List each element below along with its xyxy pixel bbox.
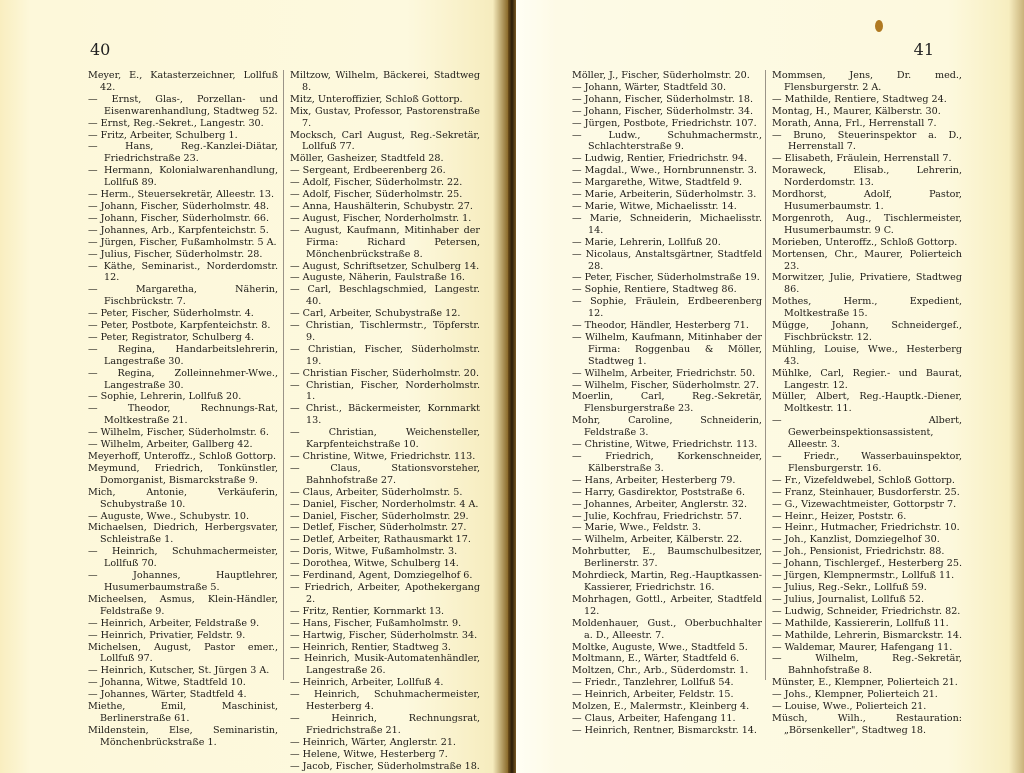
directory-entry: — Peter, Postbote, Karpfenteichstr. 8. bbox=[88, 320, 278, 332]
directory-entry: — Detlef, Fischer, Süderholmstr. 27. bbox=[290, 522, 480, 534]
directory-entry: — Christian, Fischer, Süderholmstr. 19. bbox=[290, 344, 480, 368]
directory-entry: — G., Vizewachtmeister, Gottorpstr 7. bbox=[772, 499, 962, 511]
directory-entry: — Nicolaus, Anstaltsgärtner, Stadtfeld 2… bbox=[572, 249, 762, 273]
directory-entry: — Theodor, Händler, Hesterberg 71. bbox=[572, 320, 762, 332]
directory-entry: — Daniel, Fischer, Norderholmstr. 4 A. bbox=[290, 499, 480, 511]
directory-entry: — Regina, Zolleinnehmer-Wwe., Langestraß… bbox=[88, 368, 278, 392]
directory-entry: — Marie, Schneiderin, Michaelisstr. 14. bbox=[572, 213, 762, 237]
directory-entry: Mitz, Unteroffizier, Schloß Gottorp. bbox=[290, 94, 480, 106]
directory-entry: — August, Kaufmann, Mitinhaber der Firma… bbox=[290, 225, 480, 261]
directory-entry: — Margaretha, Näherin, Fischbrückstr. 7. bbox=[88, 284, 278, 308]
directory-entry: — Elisabeth, Fräulein, Herrenstall 7. bbox=[772, 153, 962, 165]
directory-entry: — Johannes, Wärter, Stadtfeld 4. bbox=[88, 689, 278, 701]
directory-entry: — Adolf, Fischer, Süderholmstr. 25. bbox=[290, 189, 480, 201]
directory-entry: — Adolf, Fischer, Süderholmstr. 22. bbox=[290, 177, 480, 189]
directory-entry: — Hans, Arbeiter, Hesterberg 79. bbox=[572, 475, 762, 487]
directory-entry: — Mathilde, Rentiere, Stadtweg 24. bbox=[772, 94, 962, 106]
directory-entry: Meyerhoff, Unteroffz., Schloß Gottorp. bbox=[88, 451, 278, 463]
directory-entry: — Johann, Wärter, Stadtfeld 30. bbox=[572, 82, 762, 94]
directory-entry: — Johann, Fischer, Süderholmstr. 48. bbox=[88, 201, 278, 213]
book-gutter bbox=[508, 0, 516, 773]
left-page: 40 Meyer, E., Katasterzeichner, Lollfuß … bbox=[0, 0, 508, 773]
directory-entry: Morieben, Unteroffz., Schloß Gottorp. bbox=[772, 237, 962, 249]
ink-stain bbox=[875, 20, 883, 32]
directory-entry: — Julius, Reg.-Sekr., Lollfuß 59. bbox=[772, 582, 962, 594]
directory-entry: — Regina, Handarbeitslehrerin, Langestra… bbox=[88, 344, 278, 368]
directory-entry: Möller, Gasheizer, Stadtfeld 28. bbox=[290, 153, 480, 165]
directory-entry: — Christian Fischer, Süderholmstr. 20. bbox=[290, 368, 480, 380]
directory-entry: Micheelsen, Asmus, Klein-Händler, Feldst… bbox=[88, 594, 278, 618]
directory-entry: Miethe, Emil, Maschinist, Berlinerstraße… bbox=[88, 701, 278, 725]
directory-entry: — Christian, Weichensteller, Karpfenteic… bbox=[290, 427, 480, 451]
directory-entry: — Detlef, Arbeiter, Rathausmarkt 17. bbox=[290, 534, 480, 546]
directory-entry: Meyer, E., Katasterzeichner, Lollfuß 42. bbox=[88, 70, 278, 94]
directory-entry: — Christ., Bäckermeister, Kornmarkt 13. bbox=[290, 403, 480, 427]
right-column-1: Möller, J., Fischer, Süderholmstr. 20.— … bbox=[572, 70, 762, 737]
directory-entry: — Wilhelm, Kaufmann, Mitinhaber der Firm… bbox=[572, 332, 762, 368]
directory-entry: — Louise, Wwe., Polierteich 21. bbox=[772, 701, 962, 713]
directory-entry: — Ludwig, Rentier, Friedrichstr. 94. bbox=[572, 153, 762, 165]
directory-entry: — Friedrich, Arbeiter, Apothekergang 2. bbox=[290, 582, 480, 606]
column-divider bbox=[283, 70, 284, 680]
directory-entry: — Heinrich, Rentier, Stadtweg 3. bbox=[290, 642, 480, 654]
directory-entry: — Fritz, Arbeiter, Schulberg 1. bbox=[88, 130, 278, 142]
directory-entry: Molzen, E., Malermstr., Kleinberg 4. bbox=[572, 701, 762, 713]
directory-entry: — Auguste, Wwe., Schubystr. 10. bbox=[88, 511, 278, 523]
directory-entry: — Julius, Fischer, Süderholmstr. 28. bbox=[88, 249, 278, 261]
directory-entry: — Hans, Reg.-Kanzlei-Diätar, Friedrichst… bbox=[88, 141, 278, 165]
directory-entry: — Sophie, Fräulein, Erdbeerenberg 12. bbox=[572, 296, 762, 320]
directory-entry: — Heinrich, Arbeiter, Feldstr. 15. bbox=[572, 689, 762, 701]
directory-entry: — August, Fischer, Norderholmstr. 1. bbox=[290, 213, 480, 225]
directory-entry: — Heinrich, Arbeiter, Lollfuß 4. bbox=[290, 677, 480, 689]
directory-entry: — Ferdinand, Agent, Domziegelhof 6. bbox=[290, 570, 480, 582]
directory-entry: Moltmann, E., Wärter, Stadtfeld 6. bbox=[572, 653, 762, 665]
directory-entry: — Auguste, Näherin, Faulstraße 16. bbox=[290, 272, 480, 284]
directory-entry: Meymund, Friedrich, Tonkünstler, Domorga… bbox=[88, 463, 278, 487]
directory-entry: — Sergeant, Erdbeerenberg 26. bbox=[290, 165, 480, 177]
directory-entry: — Marie, Arbeiterin, Süderholmstr. 3. bbox=[572, 189, 762, 201]
directory-entry: — Harry, Gasdirektor, Poststraße 6. bbox=[572, 487, 762, 499]
directory-entry: — Theodor, Rechnungs-Rat, Moltkestraße 2… bbox=[88, 403, 278, 427]
directory-entry: — Carl, Arbeiter, Schubystraße 12. bbox=[290, 308, 480, 320]
directory-entry: — Christine, Witwe, Friedrichstr. 113. bbox=[572, 439, 762, 451]
directory-entry: Morwitzer, Julie, Privatiere, Stadtweg 8… bbox=[772, 272, 962, 296]
directory-entry: — Hartwig, Fischer, Süderholmstr. 34. bbox=[290, 630, 480, 642]
directory-entry: — Carl, Beschlagschmied, Langestr. 40. bbox=[290, 284, 480, 308]
directory-entry: — Marie, Witwe, Michaelisstr. 14. bbox=[572, 201, 762, 213]
directory-entry: — Friedr., Wasserbauinspektor, Flensburg… bbox=[772, 451, 962, 475]
directory-entry: — Heinrich, Rechnungsrat, Friedrichstraß… bbox=[290, 713, 480, 737]
directory-entry: — Heinrich, Rentner, Bismarckstr. 14. bbox=[572, 725, 762, 737]
directory-entry: — Claus, Arbeiter, Süderholmstr. 5. bbox=[290, 487, 480, 499]
directory-entry: — Wilhelm, Arbeiter, Kälberstr. 22. bbox=[572, 534, 762, 546]
directory-entry: Müsch, Wilh., Restauration: „Börsenkelle… bbox=[772, 713, 962, 737]
directory-entry: — Ernst, Reg.-Sekret., Langestr. 30. bbox=[88, 118, 278, 130]
directory-entry: Morath, Anna, Frl., Herrenstall 7. bbox=[772, 118, 962, 130]
directory-entry: — August, Schriftsetzer, Schulberg 14. bbox=[290, 261, 480, 273]
directory-entry: — Joh., Kanzlist, Domziegelhof 30. bbox=[772, 534, 962, 546]
directory-entry: — Peter, Registrator, Schulberg 4. bbox=[88, 332, 278, 344]
directory-entry: Mohr, Caroline, Schneiderin, Feldstraße … bbox=[572, 415, 762, 439]
directory-entry: — Fritz, Rentier, Kornmarkt 13. bbox=[290, 606, 480, 618]
directory-entry: — Peter, Fischer, Süderholmstr. 4. bbox=[88, 308, 278, 320]
column-divider bbox=[765, 70, 766, 680]
directory-entry: Morgenroth, Aug., Tischlermeister, Husum… bbox=[772, 213, 962, 237]
directory-entry: — Johannes, Hauptlehrer, Husumerbaumstra… bbox=[88, 570, 278, 594]
directory-entry: — Käthe, Seminarist., Norderdomstr. 12. bbox=[88, 261, 278, 285]
directory-entry: — Sophie, Rentiere, Stadtweg 86. bbox=[572, 284, 762, 296]
directory-entry: Münster, E., Klempner, Polierteich 21. bbox=[772, 677, 962, 689]
directory-entry: — Anna, Haushälterin, Schubystr. 27. bbox=[290, 201, 480, 213]
directory-entry: — Waldemar, Maurer, Hafengang 11. bbox=[772, 642, 962, 654]
directory-entry: Moldenhauer, Gust., Oberbuchhalter a. D.… bbox=[572, 618, 762, 642]
directory-entry: — Mathilde, Lehrerin, Bismarckstr. 14. bbox=[772, 630, 962, 642]
directory-entry: — Ludw., Schuhmachermstr., Schlachterstr… bbox=[572, 130, 762, 154]
directory-entry: Michaelsen, Diedrich, Herbergsvater, Sch… bbox=[88, 522, 278, 546]
directory-entry: — Wilhelm, Reg.-Sekretär, Bahnhofstraße … bbox=[772, 653, 962, 677]
directory-entry: Mildenstein, Else, Seminaristin, Mönchen… bbox=[88, 725, 278, 749]
directory-entry: Mühling, Louise, Wwe., Hesterberg 43. bbox=[772, 344, 962, 368]
left-column-2: Miltzow, Wilhelm, Bäckerei, Stadtweg 8.M… bbox=[290, 70, 480, 772]
directory-entry: Mix, Gustav, Professor, Pastorenstraße 7… bbox=[290, 106, 480, 130]
directory-entry: — Heinrich, Privatier, Feldstr. 9. bbox=[88, 630, 278, 642]
directory-entry: Michelsen, August, Pastor emer., Lollfuß… bbox=[88, 642, 278, 666]
directory-entry: — Johs., Klempner, Polierteich 21. bbox=[772, 689, 962, 701]
directory-entry: — Ernst, Glas-, Porzellan- und Eisenware… bbox=[88, 94, 278, 118]
directory-entry: — Christian, Tischlermstr., Töpferstr. 9… bbox=[290, 320, 480, 344]
directory-entry: — Wilhelm, Fischer, Süderholmstr. 27. bbox=[572, 380, 762, 392]
directory-entry: — Johann, Fischer, Süderholmstr. 34. bbox=[572, 106, 762, 118]
directory-entry: — Margarethe, Witwe, Stadtfeld 9. bbox=[572, 177, 762, 189]
directory-entry: Mühlke, Carl, Regier.- und Baurat, Lange… bbox=[772, 368, 962, 392]
directory-entry: — Hermann, Kolonialwarenhandlung, Lollfu… bbox=[88, 165, 278, 189]
directory-entry: Mommsen, Jens, Dr. med., Flensburgerstr.… bbox=[772, 70, 962, 94]
directory-entry: Mortensen, Chr., Maurer, Polierteich 23. bbox=[772, 249, 962, 273]
directory-entry: — Christian, Fischer, Norderholmstr. 1. bbox=[290, 380, 480, 404]
directory-entry: — Johanna, Witwe, Stadtfeld 10. bbox=[88, 677, 278, 689]
directory-entry: — Marie, Wwe., Feldstr. 3. bbox=[572, 522, 762, 534]
directory-entry: — Heinrich, Musik-Automatenhändler, Lang… bbox=[290, 653, 480, 677]
page-number: 41 bbox=[914, 40, 934, 59]
directory-entry: — Hans, Fischer, Fußamholmstr. 9. bbox=[290, 618, 480, 630]
directory-entry: Mohrdieck, Martin, Reg.-Hauptkassen-Kass… bbox=[572, 570, 762, 594]
directory-entry: Müller, Albert, Reg.-Hauptk.-Diener, Mol… bbox=[772, 391, 962, 415]
directory-entry: — Christine, Witwe, Friedrichstr. 113. bbox=[290, 451, 480, 463]
directory-entry: Mocksch, Carl August, Reg.-Sekretär, Lol… bbox=[290, 130, 480, 154]
directory-entry: — Herm., Steuersekretär, Alleestr. 13. bbox=[88, 189, 278, 201]
directory-entry: — Helene, Witwe, Hesterberg 7. bbox=[290, 749, 480, 761]
directory-entry: — Jürgen, Klempnermstr., Lollfuß 11. bbox=[772, 570, 962, 582]
directory-entry: Moltzen, Chr., Arb., Süderdomstr. 1. bbox=[572, 665, 762, 677]
directory-entry: — Heinr., Hutmacher, Friedrichstr. 10. bbox=[772, 522, 962, 534]
right-page: 41 Möller, J., Fischer, Süderholmstr. 20… bbox=[516, 0, 1024, 773]
directory-entry: — Dorothea, Witwe, Schulberg 14. bbox=[290, 558, 480, 570]
directory-entry: — Peter, Fischer, Süderholmstraße 19. bbox=[572, 272, 762, 284]
directory-entry: — Heinrich, Wärter, Anglerstr. 21. bbox=[290, 737, 480, 749]
directory-entry: — Johann, Tischlergef., Hesterberg 25. bbox=[772, 558, 962, 570]
directory-entry: — Friedrich, Korkenschneider, Kälberstra… bbox=[572, 451, 762, 475]
directory-entry: Mohrbutter, E., Baumschulbesitzer, Berli… bbox=[572, 546, 762, 570]
directory-entry: — Jacob, Fischer, Süderholmstraße 18. bbox=[290, 761, 480, 773]
directory-entry: Mohrhagen, Gottl., Arbeiter, Stadtfeld 1… bbox=[572, 594, 762, 618]
directory-entry: — Daniel, Fischer, Süderholmstr. 29. bbox=[290, 511, 480, 523]
directory-entry: — Wilhelm, Arbeiter, Gallberg 42. bbox=[88, 439, 278, 451]
directory-entry: — Marie, Lehrerin, Lollfuß 20. bbox=[572, 237, 762, 249]
directory-entry: Moltke, Auguste, Wwe., Stadtfeld 5. bbox=[572, 642, 762, 654]
directory-entry: Miltzow, Wilhelm, Bäckerei, Stadtweg 8. bbox=[290, 70, 480, 94]
directory-entry: — Heinr., Heizer, Poststr. 6. bbox=[772, 511, 962, 523]
directory-entry: — Heinrich, Schuhmachermeister, Lollfuß … bbox=[88, 546, 278, 570]
directory-entry: — Johann, Fischer, Süderholmstr. 18. bbox=[572, 94, 762, 106]
directory-entry: — Sophie, Lehrerin, Lollfuß 20. bbox=[88, 391, 278, 403]
directory-entry: — Albert, Gewerbeinspektionsassistent, A… bbox=[772, 415, 962, 451]
directory-entry: Möller, J., Fischer, Süderholmstr. 20. bbox=[572, 70, 762, 82]
directory-entry: — Fr., Vizefeldwebel, Schloß Gottorp. bbox=[772, 475, 962, 487]
directory-entry: — Ludwig, Schneider, Friedrichstr. 82. bbox=[772, 606, 962, 618]
directory-entry: — Johann, Fischer, Süderholmstr. 66. bbox=[88, 213, 278, 225]
directory-entry: Montag, H., Maurer, Kälberstr. 30. bbox=[772, 106, 962, 118]
directory-entry: — Julie, Kochfrau, Friedrichstr. 57. bbox=[572, 511, 762, 523]
directory-entry: — Julius, Journalist, Lollfuß 52. bbox=[772, 594, 962, 606]
directory-entry: — Jürgen, Fischer, Fußamholmstr. 5 A. bbox=[88, 237, 278, 249]
directory-entry: — Magdal., Wwe., Hornbrunnenstr. 3. bbox=[572, 165, 762, 177]
directory-entry: Moerlin, Carl, Reg.-Sekretär, Flensburge… bbox=[572, 391, 762, 415]
directory-entry: — Claus, Stationsvorsteher, Bahnhofstraß… bbox=[290, 463, 480, 487]
directory-entry: Mordhorst, Adolf, Pastor, Husumerbaumstr… bbox=[772, 189, 962, 213]
right-column-2: Mommsen, Jens, Dr. med., Flensburgerstr.… bbox=[772, 70, 962, 737]
page-number: 40 bbox=[90, 40, 110, 59]
directory-entry: Mothes, Herm., Expedient, Moltkestraße 1… bbox=[772, 296, 962, 320]
directory-entry: — Johannes, Arb., Karpfenteichstr. 5. bbox=[88, 225, 278, 237]
directory-entry: — Wilhelm, Fischer, Süderholmstr. 6. bbox=[88, 427, 278, 439]
directory-entry: — Jürgen, Postbote, Friedrichstr. 107. bbox=[572, 118, 762, 130]
directory-entry: — Heinrich, Schuhmachermeister, Hesterbe… bbox=[290, 689, 480, 713]
directory-entry: — Heinrich, Kutscher, St. Jürgen 3 A. bbox=[88, 665, 278, 677]
directory-entry: — Bruno, Steuerinspektor a. D., Herrenst… bbox=[772, 130, 962, 154]
directory-entry: — Joh., Pensionist, Friedrichstr. 88. bbox=[772, 546, 962, 558]
directory-entry: — Mathilde, Kassiererin, Lollfuß 11. bbox=[772, 618, 962, 630]
left-column-1: Meyer, E., Katasterzeichner, Lollfuß 42.… bbox=[88, 70, 278, 749]
directory-entry: — Doris, Witwe, Fußamholmstr. 3. bbox=[290, 546, 480, 558]
directory-entry: — Wilhelm, Arbeiter, Friedrichstr. 50. bbox=[572, 368, 762, 380]
directory-entry: — Friedr., Tanzlehrer, Lollfuß 54. bbox=[572, 677, 762, 689]
directory-entry: — Franz, Steinhauer, Busdorferstr. 25. bbox=[772, 487, 962, 499]
directory-entry: Moraweck, Elisab., Lehrerin, Norderdomst… bbox=[772, 165, 962, 189]
directory-entry: — Heinrich, Arbeiter, Feldstraße 9. bbox=[88, 618, 278, 630]
directory-entry: — Johannes, Arbeiter, Anglerstr. 32. bbox=[572, 499, 762, 511]
directory-entry: Mich, Antonie, Verkäuferin, Schubystraße… bbox=[88, 487, 278, 511]
directory-entry: — Claus, Arbeiter, Hafengang 11. bbox=[572, 713, 762, 725]
book-spread: 40 Meyer, E., Katasterzeichner, Lollfuß … bbox=[0, 0, 1024, 773]
directory-entry: Mügge, Johann, Schneidergef., Fischbrück… bbox=[772, 320, 962, 344]
